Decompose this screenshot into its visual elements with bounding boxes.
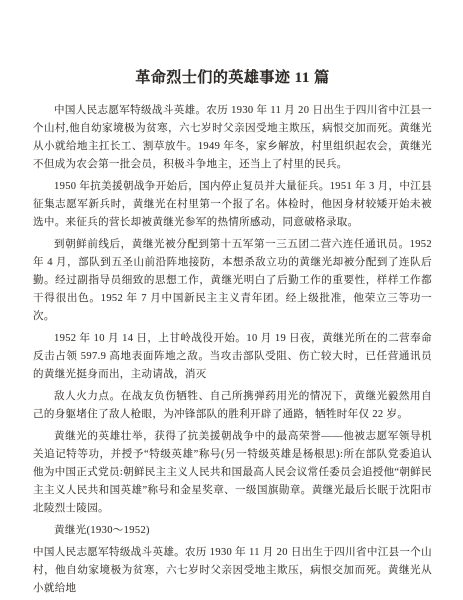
paragraph: 中国人民志愿军特级战斗英雄。农历 1930 年 11 月 20 日出生于四川省中… <box>33 544 432 598</box>
document-page: 革命烈士们的英雄事迹 11 篇 中国人民志愿军特级战斗英雄。农历 1930 年 … <box>0 0 463 600</box>
paragraph: 1952 年 10 月 14 日，上甘岭战役开始。10 月 19 日夜，黄继光所… <box>33 330 432 384</box>
paragraph: 1950 年抗美援朝战争开始后，国内停止复员并大量征兵。1951 年 3 月，中… <box>33 178 432 232</box>
paragraph: 中国人民志愿军特级战斗英雄。农历 1930 年 11 月 20 日出生于四川省中… <box>33 102 432 174</box>
document-body: 中国人民志愿军特级战斗英雄。农历 1930 年 11 月 20 日出生于四川省中… <box>33 102 432 598</box>
paragraph: 到朝鲜前线后，黄继光被分配到第十五军第一三五团二营六连任通讯员。1952 年 4… <box>33 236 432 326</box>
document-title: 革命烈士们的英雄事迹 11 篇 <box>33 66 432 87</box>
paragraph: 敌人火力点。在战友负伤牺牲、自己所携弹药用光的情况下，黄继光毅然用自己的身躯堵住… <box>33 388 432 424</box>
paragraph: 黄继光(1930～1952) <box>33 522 432 540</box>
paragraph: 黄继光的英雄壮举，获得了抗美援朝战争中的最高荣誉——他被志愿军领导机关追记特等功… <box>33 428 432 518</box>
